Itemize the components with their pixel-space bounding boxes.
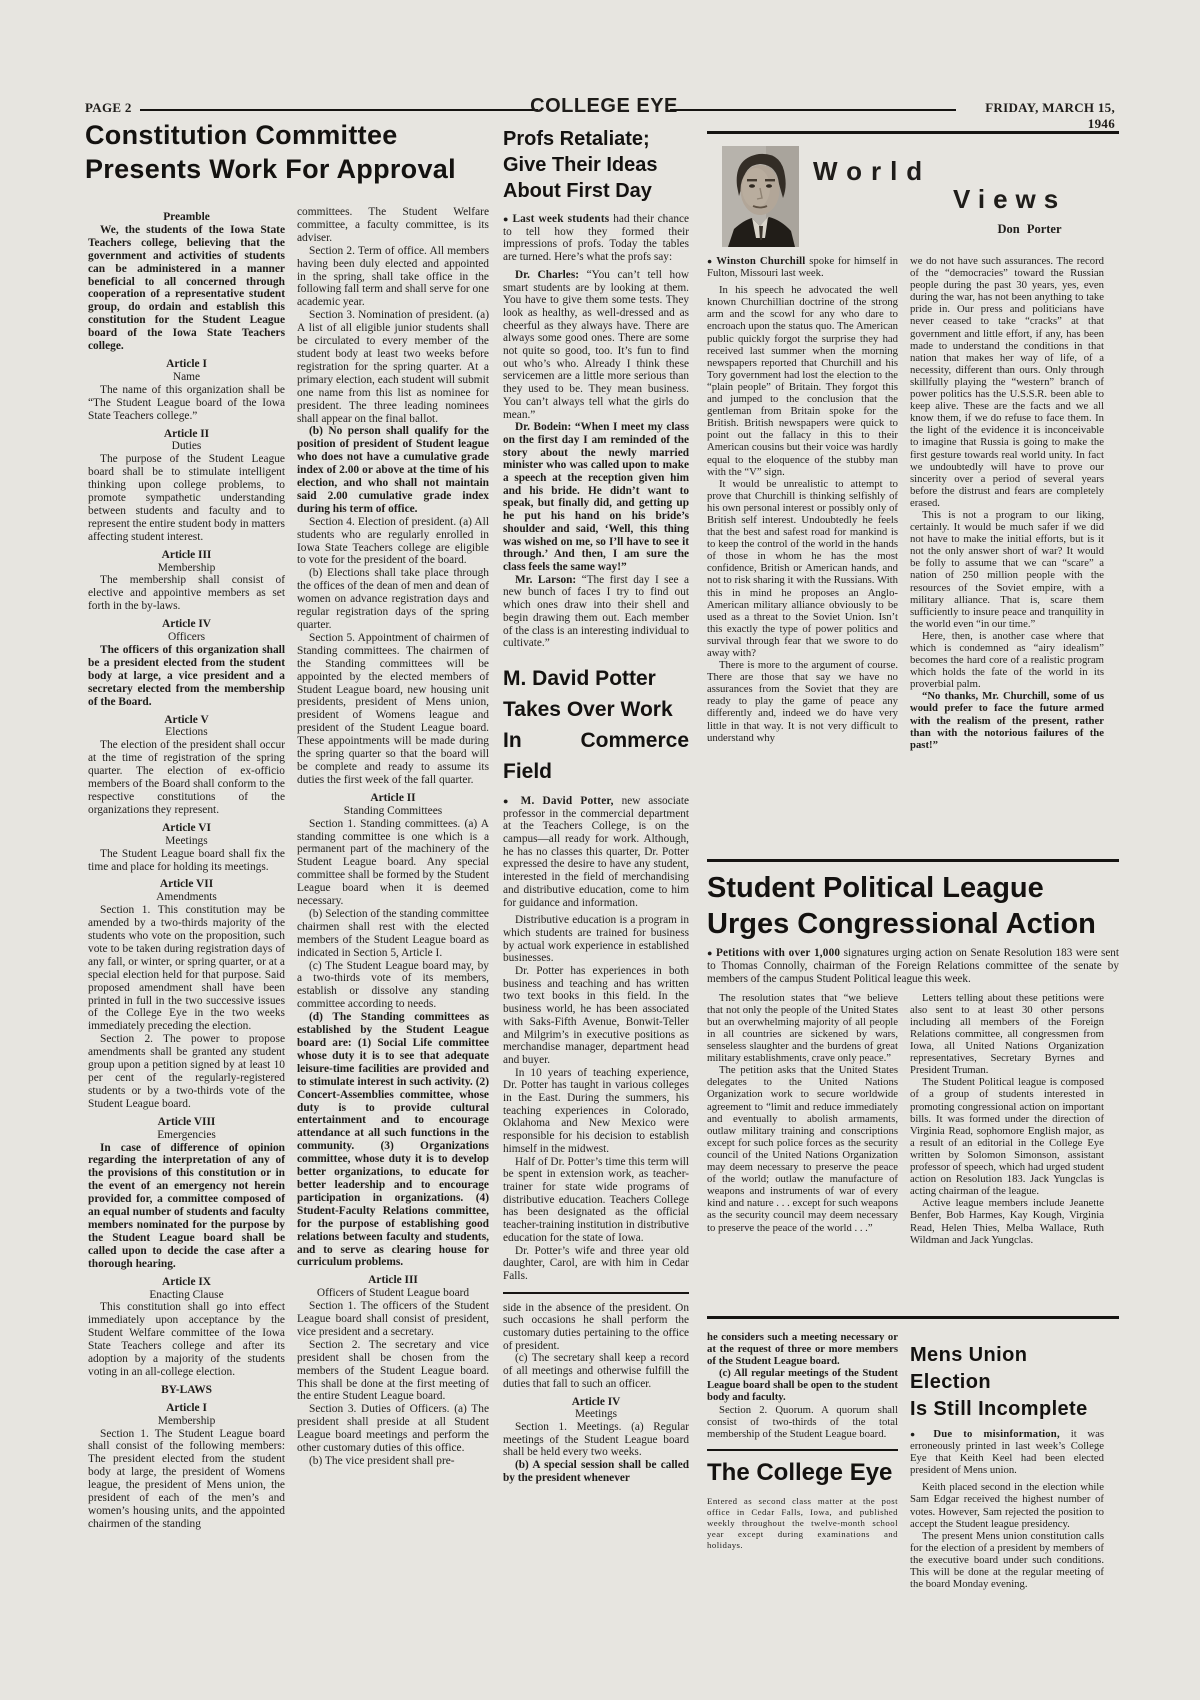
constitution-continuation: side in the absence of the president. On… bbox=[503, 1302, 689, 1485]
paragraph: The present Mens union constitution call… bbox=[910, 1530, 1104, 1590]
paragraph: (b) No person shall qualify for the posi… bbox=[297, 425, 489, 515]
paragraph: Letters telling about these petitions we… bbox=[910, 992, 1104, 1077]
paragraph: Section 1. Standing committees. (a) A st… bbox=[297, 818, 489, 908]
paragraph: Section 1. The Student League board shal… bbox=[88, 1428, 285, 1531]
paragraph: Distributive education is a program in w… bbox=[503, 914, 689, 965]
paragraph: committees. The Student Welfare committe… bbox=[297, 206, 489, 245]
column-divider-rule bbox=[503, 1292, 689, 1294]
center-column: Profs Retaliate; Give Their Ideas About … bbox=[503, 126, 689, 1484]
headline-line: Give Their Ideas bbox=[503, 152, 689, 178]
paragraph: The petition asks that the United States… bbox=[707, 1064, 898, 1233]
article-subheading: Standing Committees bbox=[297, 805, 489, 818]
paragraph: Active league members include Jeanette B… bbox=[910, 1197, 1104, 1245]
political-league-lead: ● Petitions with over 1,000 signatures u… bbox=[707, 947, 1119, 986]
paragraph: Section 1. This constitution may be amen… bbox=[88, 904, 285, 1033]
section-rule bbox=[707, 859, 1119, 862]
article-subheading: Membership bbox=[88, 562, 285, 575]
paragraph: Dr. Charles: “You can’t tell how smart s… bbox=[503, 269, 689, 421]
world-views-title-word2: Views bbox=[953, 184, 1066, 215]
lead-bold-text: Petitions with over 1,000 bbox=[716, 947, 840, 959]
paragraph: Section 2. Quorum. A quorum shall consis… bbox=[707, 1404, 898, 1440]
article-subheading: Elections bbox=[88, 726, 285, 739]
paragraph: ● Due to misinformation, it was erroneou… bbox=[910, 1428, 1104, 1476]
paragraph: The election of the president shall occu… bbox=[88, 739, 285, 816]
paragraph: ● Last week students had their chance to… bbox=[503, 213, 689, 264]
section-rule bbox=[707, 1316, 1119, 1319]
article-subheading: Membership bbox=[88, 1415, 285, 1428]
world-views-section: World Views Don Porter ● Winston Churchi… bbox=[707, 131, 1119, 751]
paragraph: we do not have such assurances. The reco… bbox=[910, 255, 1104, 509]
world-views-column-2: we do not have such assurances. The reco… bbox=[910, 255, 1104, 751]
paragraph: ● Winston Churchill spoke for himself in… bbox=[707, 255, 898, 279]
headline-line: Urges Congressional Action bbox=[707, 906, 1119, 942]
paragraph: In his speech he advocated the well know… bbox=[707, 284, 898, 478]
paragraph: The purpose of the Student League board … bbox=[88, 453, 285, 543]
paragraph: Section 1. Meetings. (a) Regular meeting… bbox=[503, 1421, 689, 1459]
article-subheading: Name bbox=[88, 371, 285, 384]
political-league-column-1: The resolution states that “we believe t… bbox=[707, 992, 898, 1246]
headline-line: Is Still Incomplete bbox=[910, 1396, 1104, 1423]
paragraph: The Student League board shall fix the t… bbox=[88, 848, 285, 874]
article-subheading: Emergencies bbox=[88, 1129, 285, 1142]
paragraph: Section 2. Term of office. All members h… bbox=[297, 245, 489, 310]
world-views-byline: Don Porter bbox=[957, 222, 1102, 237]
article-heading: Article II bbox=[297, 792, 489, 805]
bullet-icon: ● bbox=[707, 948, 716, 958]
article-heading: Article III bbox=[88, 549, 285, 562]
bottom-left-column: he considers such a meeting necessary or… bbox=[707, 1331, 898, 1590]
paragraph: The Student Political league is composed… bbox=[910, 1076, 1104, 1197]
paragraph: Keith placed second in the election whil… bbox=[910, 1481, 1104, 1529]
article-subheading: Officers bbox=[88, 631, 285, 644]
paragraph: This is not a program to our liking, cer… bbox=[910, 509, 1104, 630]
article-subheading: Duties bbox=[88, 440, 285, 453]
article-heading: Article IX bbox=[88, 1276, 285, 1289]
bullet-icon: ● bbox=[503, 796, 521, 806]
headline-line: Presents Work For Approval bbox=[85, 152, 456, 186]
paragraph: We, the students of the Iowa State Teach… bbox=[88, 224, 285, 353]
newspaper-title: COLLEGE EYE bbox=[530, 95, 678, 118]
paragraph: Section 3. Duties of Officers. (a) The p… bbox=[297, 1403, 489, 1455]
paragraph: he considers such a meeting necessary or… bbox=[707, 1331, 898, 1367]
article-heading: Article II bbox=[88, 428, 285, 441]
paragraph: Dr. Potter’s wife and three year old dau… bbox=[503, 1245, 689, 1283]
paragraph: Dr. Potter has experiences in both busin… bbox=[503, 965, 689, 1067]
paragraph: Section 2. The secretary and vice presid… bbox=[297, 1339, 489, 1404]
paragraph: In case of difference of opinion regardi… bbox=[88, 1142, 285, 1271]
paragraph: Dr. Bodein: “When I meet my class on the… bbox=[503, 421, 689, 573]
article-subheading: Meetings bbox=[503, 1408, 689, 1421]
constitution-column-1: PreambleWe, the students of the Iowa Sta… bbox=[88, 206, 285, 1531]
article-heading: Article IV bbox=[503, 1396, 689, 1409]
headline-line: In Commerce Field bbox=[503, 725, 689, 787]
bottom-section: he considers such a meeting necessary or… bbox=[707, 1316, 1119, 1590]
paragraph: Mr. Larson: “The first day I see a new b… bbox=[503, 574, 689, 650]
paragraph: This constitution shall go into effect i… bbox=[88, 1301, 285, 1378]
article-subheading: Officers of Student League board bbox=[297, 1287, 489, 1300]
headline-political-league: Student Political League Urges Congressi… bbox=[707, 870, 1119, 942]
article-heading: Article I bbox=[88, 1402, 285, 1415]
headline-line: Takes Over Work bbox=[503, 694, 689, 725]
political-league-section: Student Political League Urges Congressi… bbox=[707, 859, 1119, 1246]
paragraph: Section 3. Nomination of president. (a) … bbox=[297, 309, 489, 425]
paragraph: Half of Dr. Potter’s time this term will… bbox=[503, 1156, 689, 1245]
world-views-header: World Views Don Porter bbox=[707, 134, 1119, 255]
headline-mens-union: Mens Union Election Is Still Incomplete bbox=[910, 1342, 1104, 1423]
article-heading: Article VI bbox=[88, 822, 285, 835]
bullet-icon: ● bbox=[707, 256, 716, 266]
headline-constitution-committee: Constitution Committee Presents Work For… bbox=[85, 118, 456, 186]
mens-union-article: Mens Union Election Is Still Incomplete … bbox=[910, 1331, 1104, 1590]
paragraph: The name of this organization shall be “… bbox=[88, 384, 285, 423]
article-heading: Article IV bbox=[88, 618, 285, 631]
headline-line: Profs Retaliate; bbox=[503, 126, 689, 152]
paragraph: (b) Elections shall take place through t… bbox=[297, 567, 489, 632]
article-heading: BY-LAWS bbox=[88, 1384, 285, 1397]
paragraph: Section 1. The officers of the Student L… bbox=[297, 1300, 489, 1339]
paragraph: (b) Selection of the standing committee … bbox=[297, 908, 489, 960]
paragraph: The membership shall consist of elective… bbox=[88, 574, 285, 613]
potter-article-body: ● M. David Potter, new associate profess… bbox=[503, 795, 689, 1283]
headline-potter: M. David Potter Takes Over Work In Comme… bbox=[503, 663, 689, 787]
article-subheading: Enacting Clause bbox=[88, 1289, 285, 1302]
article-heading: Preamble bbox=[88, 211, 285, 224]
paragraph: Section 5. Appointment of chairmen of St… bbox=[297, 632, 489, 787]
headline-profs-retaliate: Profs Retaliate; Give Their Ideas About … bbox=[503, 126, 689, 204]
header-rule-right bbox=[670, 109, 956, 111]
paragraph: ● M. David Potter, new associate profess… bbox=[503, 795, 689, 909]
paragraph: Section 4. Election of president. (a) Al… bbox=[297, 516, 489, 568]
article-heading: Article VIII bbox=[88, 1116, 285, 1129]
paragraph: “No thanks, Mr. Churchill, some of us wo… bbox=[910, 690, 1104, 750]
paragraph: The resolution states that “we believe t… bbox=[707, 992, 898, 1065]
article-heading: Article VII bbox=[88, 878, 285, 891]
paragraph: (c) All regular meetings of the Student … bbox=[707, 1367, 898, 1403]
article-subheading: Amendments bbox=[88, 891, 285, 904]
headline-line: Mens Union Election bbox=[910, 1342, 1104, 1396]
headline-line: About First Day bbox=[503, 178, 689, 204]
paragraph: In 10 years of teaching experience, Dr. … bbox=[503, 1067, 689, 1156]
page-number: PAGE 2 bbox=[85, 100, 132, 116]
world-views-column-1: ● Winston Churchill spoke for himself in… bbox=[707, 255, 898, 751]
mens-union-body: ● Due to misinformation, it was erroneou… bbox=[910, 1428, 1104, 1590]
headline-line: Student Political League bbox=[707, 870, 1119, 906]
masthead-rule bbox=[707, 1449, 898, 1451]
paragraph: (b) The vice president shall pre- bbox=[297, 1455, 489, 1468]
masthead-title: The College Eye bbox=[707, 1459, 898, 1487]
paragraph: Section 2. The power to propose amendmen… bbox=[88, 1033, 285, 1110]
paragraph: side in the absence of the president. On… bbox=[503, 1302, 689, 1353]
header-rule-left bbox=[140, 109, 538, 111]
paragraph: The officers of this organization shall … bbox=[88, 644, 285, 709]
newspaper-page: PAGE 2 COLLEGE EYE FRIDAY, MARCH 15, 194… bbox=[0, 0, 1200, 1700]
issue-date: FRIDAY, MARCH 15, 1946 bbox=[958, 100, 1115, 132]
paragraph: (c) The secretary shall keep a record of… bbox=[503, 1352, 689, 1390]
masthead-text: Entered as second class matter at the po… bbox=[707, 1496, 898, 1551]
paragraph: (d) The Standing committees as establish… bbox=[297, 1011, 489, 1269]
political-league-column-2: Letters telling about these petitions we… bbox=[910, 992, 1104, 1246]
article-heading: Article I bbox=[88, 358, 285, 371]
world-views-title-word1: World bbox=[813, 156, 931, 187]
constitution-column-2: committees. The Student Welfare committe… bbox=[297, 206, 489, 1468]
paragraph: It would be unrealistic to attempt to pr… bbox=[707, 478, 898, 659]
paragraph: (c) The Student League board may, by a t… bbox=[297, 960, 489, 1012]
profs-article-body: ● Last week students had their chance to… bbox=[503, 213, 689, 650]
article-heading: Article III bbox=[297, 1274, 489, 1287]
headline-line: Constitution Committee bbox=[85, 118, 456, 152]
paragraph: There is more to the argument of course.… bbox=[707, 659, 898, 744]
article-subheading: Meetings bbox=[88, 835, 285, 848]
paragraph: Here, then, is another case where that w… bbox=[910, 630, 1104, 690]
paragraph: (b) A special session shall be called by… bbox=[503, 1459, 689, 1484]
constitution-tail: he considers such a meeting necessary or… bbox=[707, 1331, 898, 1440]
bullet-icon: ● bbox=[910, 1429, 933, 1439]
don-porter-photo bbox=[722, 146, 799, 247]
headline-line: M. David Potter bbox=[503, 663, 689, 694]
article-heading: Article V bbox=[88, 714, 285, 727]
